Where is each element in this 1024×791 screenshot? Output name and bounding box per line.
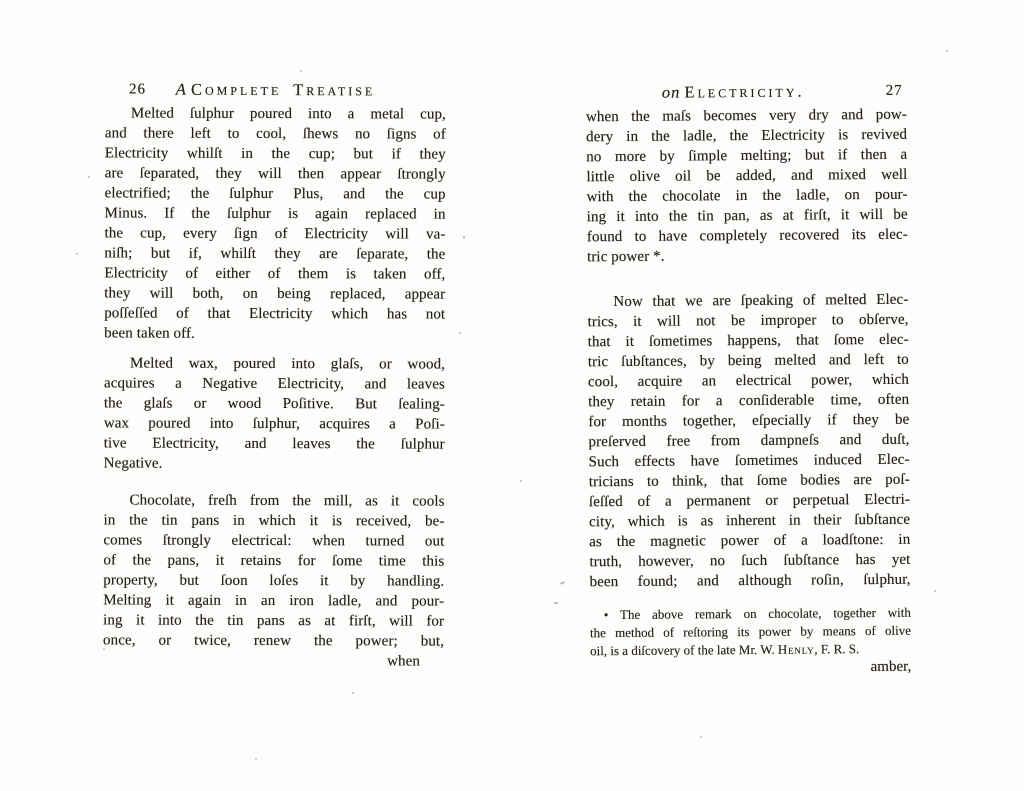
ink-speck bbox=[255, 758, 257, 760]
text-line: poſſeſſed of that Electricity which has … bbox=[104, 303, 445, 324]
text-line: they will both, on being replaced, appea… bbox=[104, 283, 445, 304]
left-header-smallcaps: Complete Treatise bbox=[191, 80, 375, 100]
text-line: for months together, eſpecially if they … bbox=[588, 410, 909, 433]
ink-speck bbox=[300, 70, 302, 72]
catchword: when bbox=[103, 650, 444, 671]
text-line: niſh; but if, whilſt they are ſeparate, … bbox=[104, 243, 445, 264]
text-line: truth, however, no ſuch ſubſtance has ye… bbox=[589, 550, 910, 573]
text-line: once, or twice, renew the power; but, bbox=[103, 630, 444, 651]
text-line: Melted wax, poured into glaſs, or wood, bbox=[104, 353, 445, 374]
paragraph: Chocolate, freſh from the mill, as it co… bbox=[103, 490, 445, 671]
text-line: and there left to cool, ſhews no ſigns o… bbox=[105, 123, 446, 144]
text-line: little olive oil be added, and mixed wel… bbox=[586, 165, 907, 188]
text-line: ſeſſed of a permanent or perpetual Elect… bbox=[589, 490, 910, 513]
text-line: acquires a Negative Electricity, and lea… bbox=[104, 373, 445, 394]
text-line: no more by ſimple melting; but if then a bbox=[586, 145, 907, 168]
ink-speck bbox=[520, 480, 522, 482]
ink-speck bbox=[88, 176, 90, 178]
text-line: Melting it again in an iron ladle, and p… bbox=[103, 590, 444, 611]
ink-speck bbox=[946, 50, 948, 52]
text-line: Electricity whilſt in the cup; but if th… bbox=[105, 143, 446, 164]
text-line: the glaſs or wood Poſitive. But ſealing- bbox=[104, 393, 445, 414]
text-line: electrified; the ſulphur Plus, and the c… bbox=[105, 183, 446, 204]
right-header-smallcaps: Electricity. bbox=[684, 82, 804, 102]
text-line: Electricity of either of them is taken o… bbox=[104, 263, 445, 284]
right-header-title: on Electricity. bbox=[573, 81, 894, 104]
ink-speck bbox=[76, 253, 78, 255]
footnote-line: the method of reſtoring its power by mea… bbox=[590, 622, 911, 643]
ink-speck bbox=[700, 736, 702, 738]
text-line: been taken off. bbox=[104, 323, 445, 344]
text-line: ing it into the tin pans as at firſt, wi… bbox=[103, 610, 444, 631]
catchword: amber, bbox=[590, 658, 911, 679]
text-line: cool, acquire an electrical power, which bbox=[588, 370, 909, 393]
right-page-number: 27 bbox=[886, 83, 903, 100]
text-line: Negative. bbox=[104, 453, 445, 474]
text-line: in the tin pans in which it is received,… bbox=[103, 510, 444, 531]
right-running-header: on Electricity. 27 bbox=[586, 81, 907, 106]
text-line: are ſeparated, they will then appear ſtr… bbox=[105, 163, 446, 184]
text-line: found to have completely recovered its e… bbox=[587, 225, 908, 248]
right-page-text: when the maſs becomes very dry and pow-d… bbox=[586, 105, 911, 593]
ink-speck bbox=[352, 692, 354, 694]
left-header-title: A Complete Treatise bbox=[105, 79, 446, 100]
text-line: Minus. If the ſulphur is again replaced … bbox=[105, 203, 446, 224]
text-segment: , F. R. S. bbox=[814, 641, 859, 656]
ink-speck bbox=[560, 581, 565, 585]
paragraph: Melted ſulphur poured into a metal cup,a… bbox=[104, 103, 446, 344]
text-line: ing it into the tin pan, as at firſt, it… bbox=[587, 205, 908, 228]
text-line: been found; and although roſin, ſulphur, bbox=[590, 570, 911, 593]
text-line: of the pans, it retains for ſome time th… bbox=[103, 550, 444, 571]
text-line: the cup, every ſign of Electricity will … bbox=[104, 223, 445, 244]
text-line: tricians to think, that ſome bodies are … bbox=[589, 470, 910, 493]
ink-speck bbox=[934, 590, 936, 592]
text-line: tive Electricity, and leaves the ſulphur bbox=[104, 433, 445, 454]
text-line: Such effects have ſometimes induced Elec… bbox=[589, 450, 910, 473]
ink-speck bbox=[463, 236, 465, 239]
footnote: • The above remark on chocolate, togethe… bbox=[590, 604, 911, 661]
text-line: tric ſubſtances, by being melted and lef… bbox=[588, 350, 909, 373]
text-line: as the magnetic power of a loadſtone: in bbox=[589, 530, 910, 553]
text-line: when the maſs becomes very dry and pow- bbox=[586, 105, 907, 128]
text-line: tric power *. bbox=[587, 245, 908, 268]
left-page-number: 26 bbox=[129, 81, 146, 98]
right-header-italic-word: on bbox=[662, 83, 681, 102]
paragraph: Melted wax, poured into glaſs, or wood,a… bbox=[104, 353, 445, 474]
text-line: comes ſtrongly electrical: when turned o… bbox=[103, 530, 444, 551]
text-line: Melted ſulphur poured into a metal cup, bbox=[105, 103, 446, 124]
left-running-header: 26 A Complete Treatise bbox=[105, 79, 446, 102]
text-line: with the chocolate in the ladle, on pour… bbox=[586, 185, 907, 208]
scanned-book-spread: 26 A Complete Treatise Melted ſulphur po… bbox=[0, 0, 1024, 791]
text-line: trics, it will not be improper to obſerv… bbox=[587, 310, 908, 333]
left-header-italic-word: A bbox=[176, 80, 187, 99]
left-page: 26 A Complete Treatise Melted ſulphur po… bbox=[103, 79, 446, 671]
text-line: dery in the ladle, the Electricity is re… bbox=[586, 125, 907, 148]
text-line: wax poured into ſulphur, acquires a Poſi… bbox=[104, 413, 445, 434]
ink-speck bbox=[459, 332, 461, 334]
text-line: preſerved free from dampneſs and duſt, bbox=[588, 430, 909, 453]
ink-speck bbox=[554, 602, 558, 604]
text-line: Now that we are ſpeaking of melted Elec- bbox=[587, 290, 908, 313]
smallcaps-name: Henly bbox=[778, 641, 815, 656]
text-line: that it ſometimes happens, that ſome ele… bbox=[588, 330, 909, 353]
left-page-text: Melted ſulphur poured into a metal cup,a… bbox=[103, 103, 446, 671]
text-line: property, but ſoon loſes it by handling. bbox=[103, 570, 444, 591]
text-line: city, which is as inherent in their ſubſ… bbox=[589, 510, 910, 533]
text-segment: oil, is a diſcovery of the late Mr. W. bbox=[590, 642, 778, 658]
paragraph: when the maſs becomes very dry and pow-d… bbox=[586, 105, 908, 268]
ink-speck bbox=[103, 648, 105, 650]
paragraph: Now that we are ſpeaking of melted Elec-… bbox=[587, 290, 910, 593]
right-page: on Electricity. 27 when the maſs becomes… bbox=[586, 81, 912, 679]
text-line: they retain for a conſiderable time, oft… bbox=[588, 390, 909, 413]
text-line: Chocolate, freſh from the mill, as it co… bbox=[104, 490, 445, 511]
